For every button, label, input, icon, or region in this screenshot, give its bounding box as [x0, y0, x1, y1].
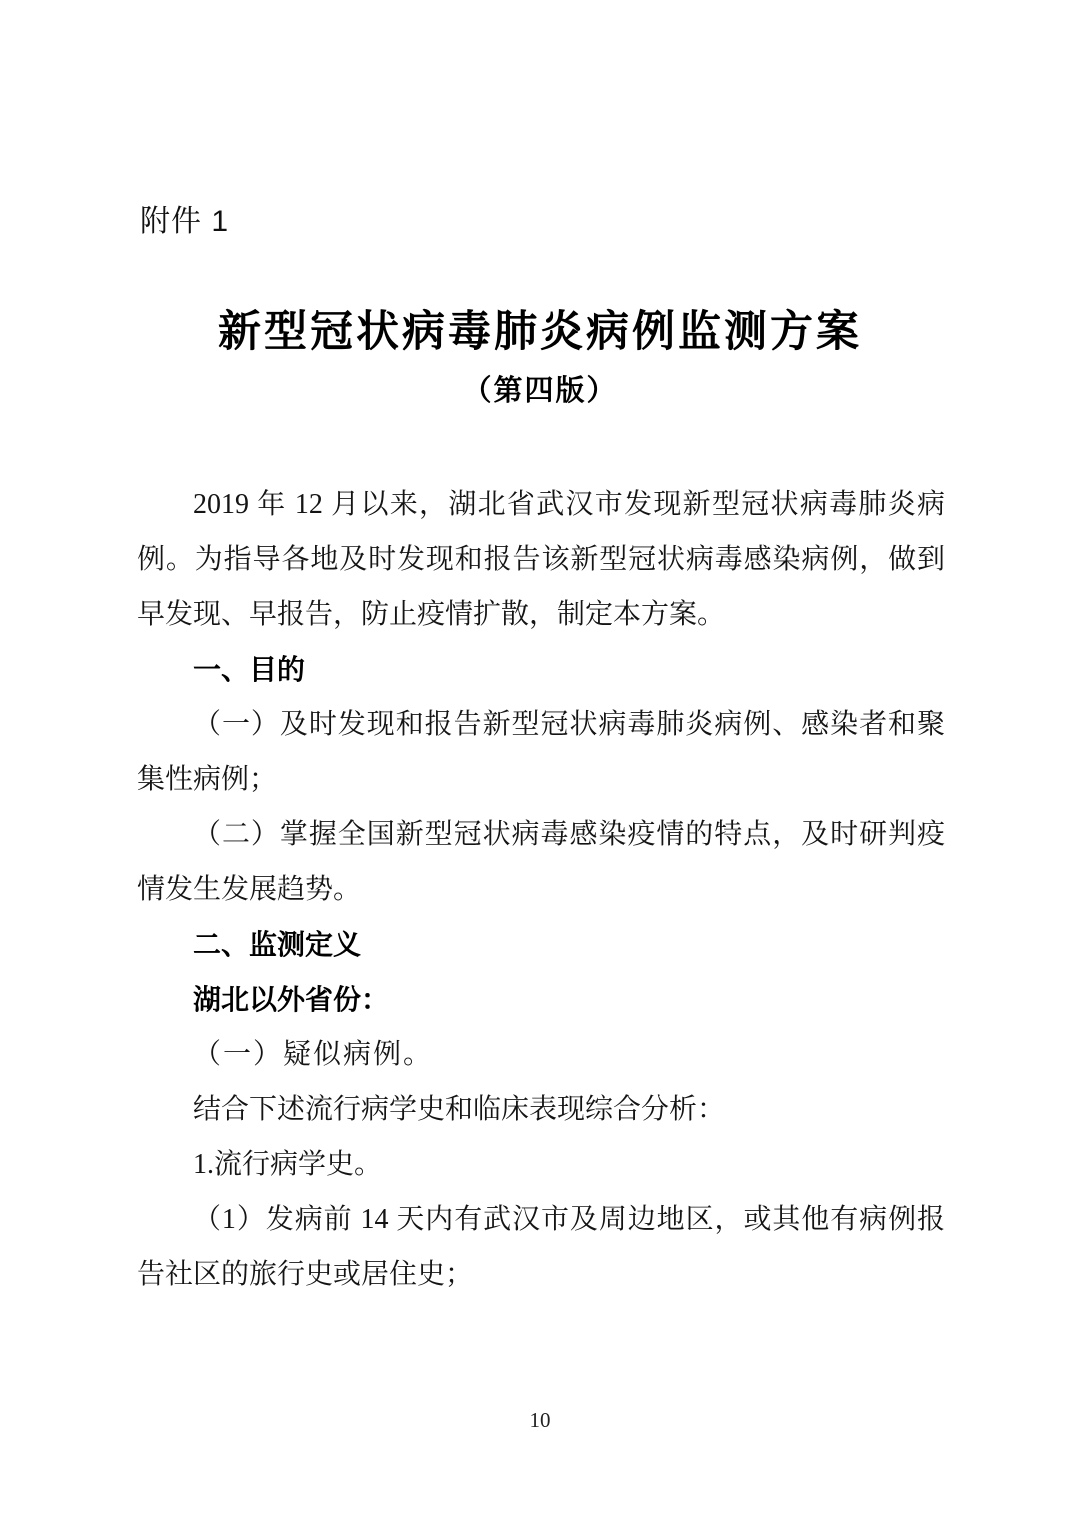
section-heading-purpose: 一、目的 — [137, 642, 945, 697]
section-heading-surveillance-definition: 二、监测定义 — [137, 917, 945, 972]
paragraph-analysis-note: 结合下述流行病学史和临床表现综合分析： — [137, 1082, 945, 1137]
attachment-label: 附件 1 — [140, 196, 229, 240]
paragraph-epidemiology-item-1: （1）发病前 14 天内有武汉市及周边地区，或其他有病例报告社区的旅行史或居住史… — [137, 1192, 945, 1302]
document-body: 2019 年 12 月以来，湖北省武汉市发现新型冠状病毒肺炎病例。为指导各地及时… — [137, 477, 945, 1302]
document-subtitle: （第四版） — [0, 368, 1080, 409]
paragraph-purpose-2: （二）掌握全国新型冠状病毒感染疫情的特点，及时研判疫情发生发展趋势。 — [137, 807, 945, 917]
paragraph-purpose-1: （一）及时发现和报告新型冠状病毒肺炎病例、感染者和聚集性病例； — [137, 697, 945, 807]
subsection-heading-outside-hubei: 湖北以外省份： — [137, 972, 945, 1027]
paragraph-epidemiology-history: 1.流行病学史。 — [137, 1137, 945, 1192]
document-page: 附件 1 新型冠状病毒肺炎病例监测方案 （第四版） 2019 年 12 月以来，… — [0, 0, 1080, 1526]
document-title: 新型冠状病毒肺炎病例监测方案 — [0, 298, 1080, 359]
paragraph-intro: 2019 年 12 月以来，湖北省武汉市发现新型冠状病毒肺炎病例。为指导各地及时… — [137, 477, 945, 642]
page-number: 10 — [0, 1408, 1080, 1433]
subsection-heading-suspected-case: （一）疑似病例。 — [137, 1027, 945, 1082]
